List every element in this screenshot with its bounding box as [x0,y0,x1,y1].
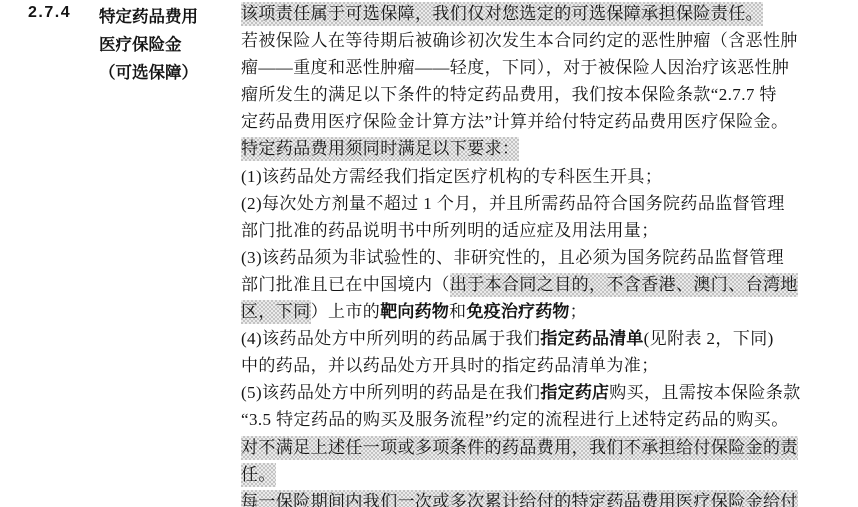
bold-text-segment: 靶向药物 [380,302,449,321]
body-line: (5)该药品处方中所列明的药品是在我们指定药店购买，且需按本保险条款 [241,379,847,406]
body-line: 瘤——重度和恶性肿瘤——轻度，下同），对于被保险人因治疗该恶性肿 [241,54,847,81]
highlighted-text-segment: 每一保险期间内我们一次或多次累计给付的特定药品费用医疗保险金给付 [241,490,798,507]
body-line: 任。 [241,461,847,488]
text-segment: 和 [449,302,466,321]
clause-title: 特定药品费用 医疗保险金 （可选保障） [99,4,198,87]
body-line: 瘤所发生的满足以下条件的特定药品费用，我们按本保险条款“2.7.7 特 [241,81,847,108]
body-line: 部门批准的药品说明书中所列明的适应症及用法用量； [241,217,847,244]
text-segment: 部门批准且已在中国境内（ [241,275,450,294]
text-segment: 瘤所发生的满足以下条件的特定药品费用，我们按本保险条款“2.7.7 特 [241,85,777,104]
body-line: “3.5 特定药品的购买及服务流程”约定的流程进行上述特定药品的购买。 [241,406,847,433]
bold-text-segment: 指定药品清单 [540,329,643,348]
text-segment: (1)该药品处方需经我们指定医疗机构的专科医生开具； [241,167,662,186]
clause-title-line-3: （可选保障） [99,60,198,88]
body-line: 区，下同）上市的靶向药物和免疫治疗药物； [241,298,847,325]
text-segment: 购买，且需按本保险条款 [609,383,800,402]
bold-text-segment: 指定药店 [540,383,609,402]
text-segment: (5)该药品处方中所列明的药品是在我们 [241,383,540,402]
text-segment: (见附表 2，下同) [644,329,774,348]
body-line: 中的药品，并以药品处方开具时的指定药品清单为准； [241,352,847,379]
insurance-policy-page: 2.7.4 特定药品费用 医疗保险金 （可选保障） 该项责任属于可选保障，我们仅… [0,0,858,507]
highlighted-text-segment: 对不满足上述任一项或多项条件的药品费用，我们不承担给付保险金的责 [241,436,798,460]
highlighted-text-segment: 该项责任属于可选保障，我们仅对您选定的可选保障承担保险责任。 [241,2,763,26]
highlighted-text-segment: 区，下同 [241,300,311,324]
body-line: (1)该药品处方需经我们指定医疗机构的专科医生开具； [241,163,847,190]
body-line: 对不满足上述任一项或多项条件的药品费用，我们不承担给付保险金的责 [241,434,847,461]
body-line: (3)该药品须为非试验性的、非研究性的，且必须为国务院药品监督管理 [241,244,847,271]
body-line: (2)每次处方剂量不超过 1 个月，并且所需药品符合国务院药品监督管理 [241,190,847,217]
text-segment: (2)每次处方剂量不超过 1 个月，并且所需药品符合国务院药品监督管理 [241,194,785,213]
text-segment: 若被保险人在等待期后被确诊初次发生本合同约定的恶性肿瘤（含恶性肿 [241,31,798,50]
text-segment: ； [570,302,587,321]
body-line: 该项责任属于可选保障，我们仅对您选定的可选保障承担保险责任。 [241,0,847,27]
bold-text-segment: 免疫治疗药物 [466,302,569,321]
text-segment: ）上市的 [311,302,381,321]
highlighted-text-segment: 特定药品费用须同时满足以下要求： [241,137,519,161]
highlighted-text-segment: 任。 [241,463,276,487]
clause-title-line-1: 特定药品费用 [99,4,198,32]
text-segment: 瘤——重度和恶性肿瘤——轻度，下同），对于被保险人因治疗该恶性肿 [241,58,789,77]
body-line: 每一保险期间内我们一次或多次累计给付的特定药品费用医疗保险金给付 [241,488,847,507]
text-segment: 中的药品，并以药品处方开具时的指定药品清单为准； [241,356,659,375]
clause-number: 2.7.4 [28,4,71,22]
body-line: 部门批准且已在中国境内（出于本合同之目的，不含香港、澳门、台湾地 [241,271,847,298]
clause-title-line-2: 医疗保险金 [99,32,198,60]
body-line: (4)该药品处方中所列明的药品属于我们指定药品清单(见附表 2，下同) [241,325,847,352]
body-line: 特定药品费用须同时满足以下要求： [241,135,847,162]
text-segment: (3)该药品须为非试验性的、非研究性的，且必须为国务院药品监督管理 [241,248,784,267]
text-segment: (4)该药品处方中所列明的药品属于我们 [241,329,540,348]
body-line: 若被保险人在等待期后被确诊初次发生本合同约定的恶性肿瘤（含恶性肿 [241,27,847,54]
text-segment: “3.5 特定药品的购买及服务流程”约定的流程进行上述特定药品的购买。 [241,410,789,429]
clause-body: 该项责任属于可选保障，我们仅对您选定的可选保障承担保险责任。若被保险人在等待期后… [241,0,847,507]
text-segment: 部门批准的药品说明书中所列明的适应症及用法用量； [241,221,659,240]
text-segment: 定药品费用医疗保险金计算方法”计算并给付特定药品费用医疗保险金。 [241,112,788,131]
highlighted-text-segment: 出于本合同之目的，不含香港、澳门、台湾地 [450,273,798,297]
body-line: 定药品费用医疗保险金计算方法”计算并给付特定药品费用医疗保险金。 [241,108,847,135]
